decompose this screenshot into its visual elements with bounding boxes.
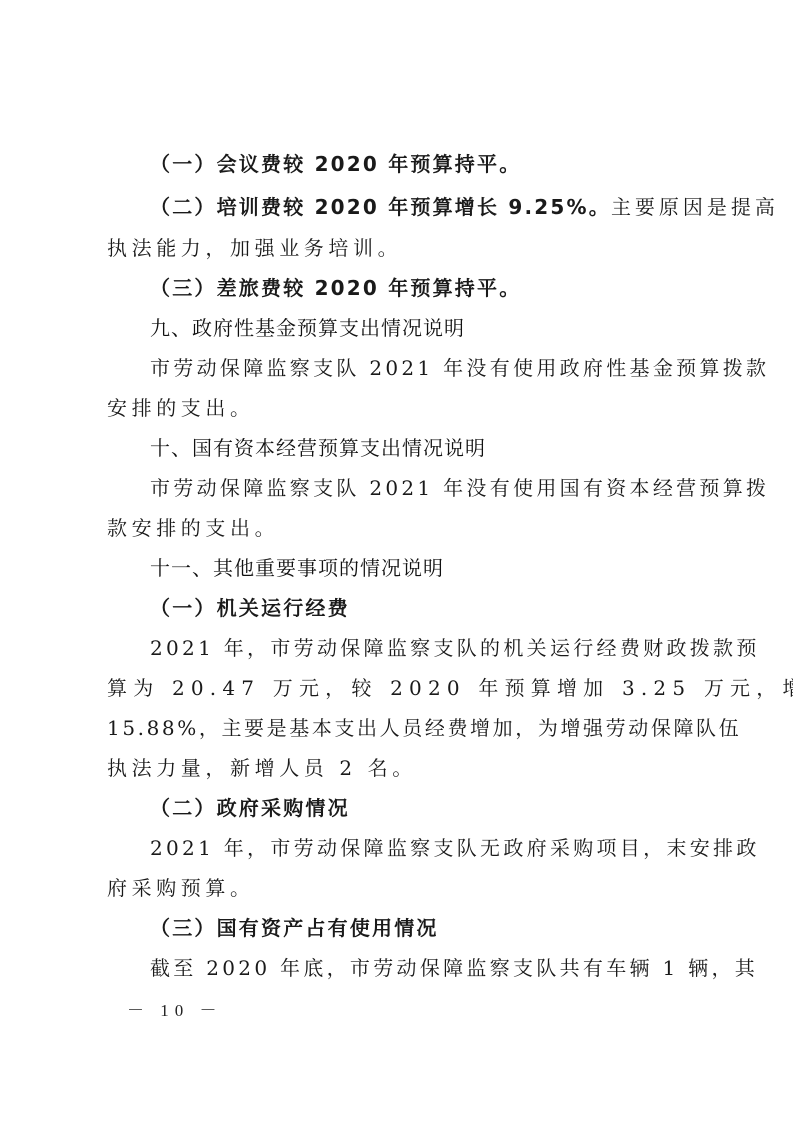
paragraph-line: 2021 年，市劳动保障监察支队的机关运行经费财政拨款预 bbox=[150, 636, 697, 660]
document-page: （一）会议费较 2020 年预算持平。 （二）培训费较 2020 年预算增长 9… bbox=[0, 0, 793, 1122]
paragraph-line: 款安排的支出。 bbox=[107, 516, 697, 540]
paragraph-line: 市劳动保障监察支队 2021 年没有使用国有资本经营预算拨 bbox=[150, 476, 697, 500]
subheading-state-assets: （三）国有资产占有使用情况 bbox=[150, 916, 697, 940]
paragraph-line: 市劳动保障监察支队 2021 年没有使用政府性基金预算拨款 bbox=[150, 356, 697, 380]
subheading-operating-expenses: （一）机关运行经费 bbox=[150, 596, 697, 620]
paragraph-line: 执法能力，加强业务培训。 bbox=[107, 236, 697, 260]
paragraph-line: 府采购预算。 bbox=[107, 876, 697, 900]
training-fee-reason: 主要原因是提高 bbox=[611, 195, 779, 219]
section-heading-11: 十一、其他重要事项的情况说明 bbox=[150, 556, 697, 580]
subheading-training-fee: （二）培训费较 2020 年预算增长 9.25%。主要原因是提高 bbox=[150, 195, 697, 219]
paragraph-line: 15.88%，主要是基本支出人员经费增加，为增强劳动保障队伍 bbox=[107, 716, 697, 740]
training-fee-bold: （二）培训费较 2020 年预算增长 9.25%。 bbox=[150, 195, 611, 219]
subheading-travel-fee: （三）差旅费较 2020 年预算持平。 bbox=[150, 276, 697, 300]
paragraph-line: 算为 20.47 万元，较 2020 年预算增加 3.25 万元，增长 bbox=[107, 676, 697, 700]
page-number: － 10 － bbox=[127, 996, 223, 1021]
subheading-government-procurement: （二）政府采购情况 bbox=[150, 796, 697, 820]
paragraph-line: 执法力量，新增人员 2 名。 bbox=[107, 756, 697, 780]
subheading-meeting-fee: （一）会议费较 2020 年预算持平。 bbox=[150, 152, 697, 176]
paragraph-line: 2021 年，市劳动保障监察支队无政府采购项目，末安排政 bbox=[150, 836, 697, 860]
section-heading-10: 十、国有资本经营预算支出情况说明 bbox=[150, 436, 697, 460]
section-heading-9: 九、政府性基金预算支出情况说明 bbox=[150, 316, 697, 340]
paragraph-line: 安排的支出。 bbox=[107, 396, 697, 420]
paragraph-line: 截至 2020 年底，市劳动保障监察支队共有车辆 1 辆，其 bbox=[150, 956, 697, 980]
